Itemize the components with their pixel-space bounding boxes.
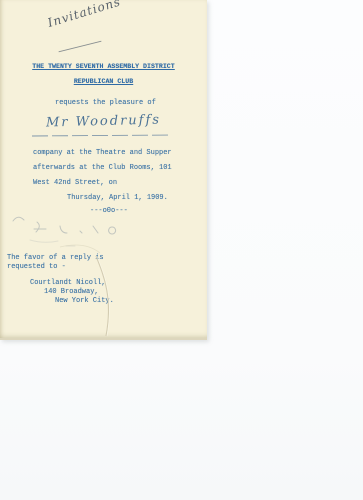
scan-background: Invitations THE TWENTY SEVENTH ASSEMBLY … [0, 0, 363, 500]
invitation-card: Invitations THE TWENTY SEVENTH ASSEMBLY … [0, 0, 207, 340]
paper-crease [0, 0, 207, 338]
